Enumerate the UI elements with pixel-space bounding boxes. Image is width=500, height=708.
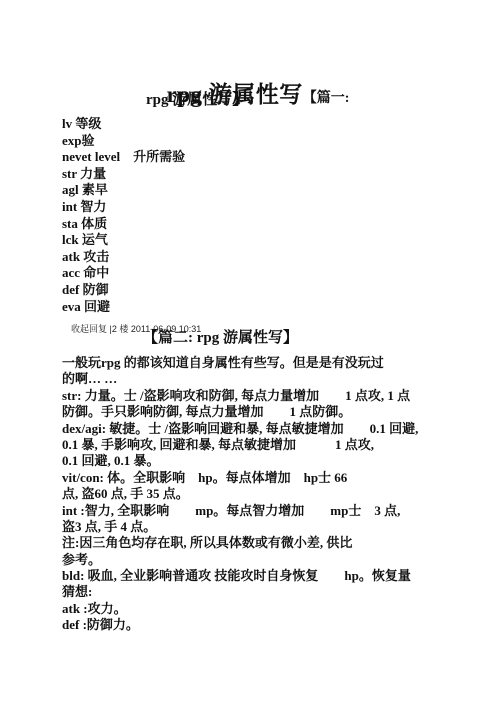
page-title-line2: rpg 游属性写】 bbox=[146, 88, 247, 109]
stat-line: str 力量 bbox=[62, 166, 185, 183]
document-page: rpg 游属性写【篇一: rpg 游属性写】 lv 等级exp验nevet le… bbox=[0, 0, 500, 708]
paragraph-line: 盗3 点, 手 4 点。 bbox=[62, 519, 418, 535]
stat-line: sta 体质 bbox=[62, 216, 185, 233]
stat-line: def 防御 bbox=[62, 282, 185, 299]
paragraph-line: 一般玩rpg 的都该知道自身属性有些写。但是是有没玩过 bbox=[62, 355, 418, 371]
paragraph-line: 猜想: bbox=[62, 584, 418, 600]
paragraph-line: 的啊… … bbox=[62, 371, 418, 387]
paragraph-line: bld: 吸血, 全业影响普通攻 技能攻时自身恢复 hp。恢复量 bbox=[62, 568, 418, 584]
paragraph-line: str: 力量。士 /盗影响攻和防御, 每点力量增加 1 点攻, 1 点 bbox=[62, 388, 418, 404]
paragraph-line: 防御。手只影响防御, 每点力量增加 1 点防御。 bbox=[62, 404, 418, 420]
section-two-heading: 【篇二: rpg 游属性写】 bbox=[143, 326, 298, 347]
stat-line: int 智力 bbox=[62, 199, 185, 216]
paragraph-line: dex/agi: 敏捷。士 /盗影响回避和暴, 每点敏捷增加 0.1 回避, bbox=[62, 421, 418, 437]
paragraph-line: def :防御力。 bbox=[62, 617, 418, 633]
paragraph-line: vit/con: 体。全职影响 hp。每点体增加 hp士 66 bbox=[62, 470, 418, 486]
stat-line: acc 命中 bbox=[62, 265, 185, 282]
floor-label: |2 楼 bbox=[107, 324, 131, 334]
stat-list: lv 等级exp验nevet level 升所需验str 力量agl 素早int… bbox=[62, 116, 185, 315]
paragraph-line: atk :攻力。 bbox=[62, 601, 418, 617]
paragraph-line: int :智力, 全职影响 mp。每点智力增加 mp士 3 点, bbox=[62, 503, 418, 519]
stat-line: exp验 bbox=[62, 133, 185, 150]
paragraph-line: 参考。 bbox=[62, 552, 418, 568]
paragraph-line: 注:因三角色均存在职, 所以具体数或有微小差, 供比 bbox=[62, 535, 418, 551]
paragraph-line: 点, 盗60 点, 手 35 点。 bbox=[62, 486, 418, 502]
paragraph-line: 0.1 暴, 手影响攻, 回避和暴, 每点敏捷增加 1 点攻, bbox=[62, 437, 418, 453]
collapse-reply-link[interactable]: 收起回复 bbox=[71, 324, 107, 334]
paragraph-line: 0.1 回避, 0.1 暴。 bbox=[62, 453, 418, 469]
title-section-one-open: 【篇一: bbox=[303, 91, 350, 106]
body-paragraph: 一般玩rpg 的都该知道自身属性有些写。但是是有没玩过的啊… …str: 力量。… bbox=[62, 355, 418, 634]
stat-line: atk 攻击 bbox=[62, 249, 185, 266]
stat-line: agl 素早 bbox=[62, 182, 185, 199]
stat-line: nevet level 升所需验 bbox=[62, 149, 185, 166]
stat-line: lck 运气 bbox=[62, 232, 185, 249]
stat-line: lv 等级 bbox=[62, 116, 185, 133]
